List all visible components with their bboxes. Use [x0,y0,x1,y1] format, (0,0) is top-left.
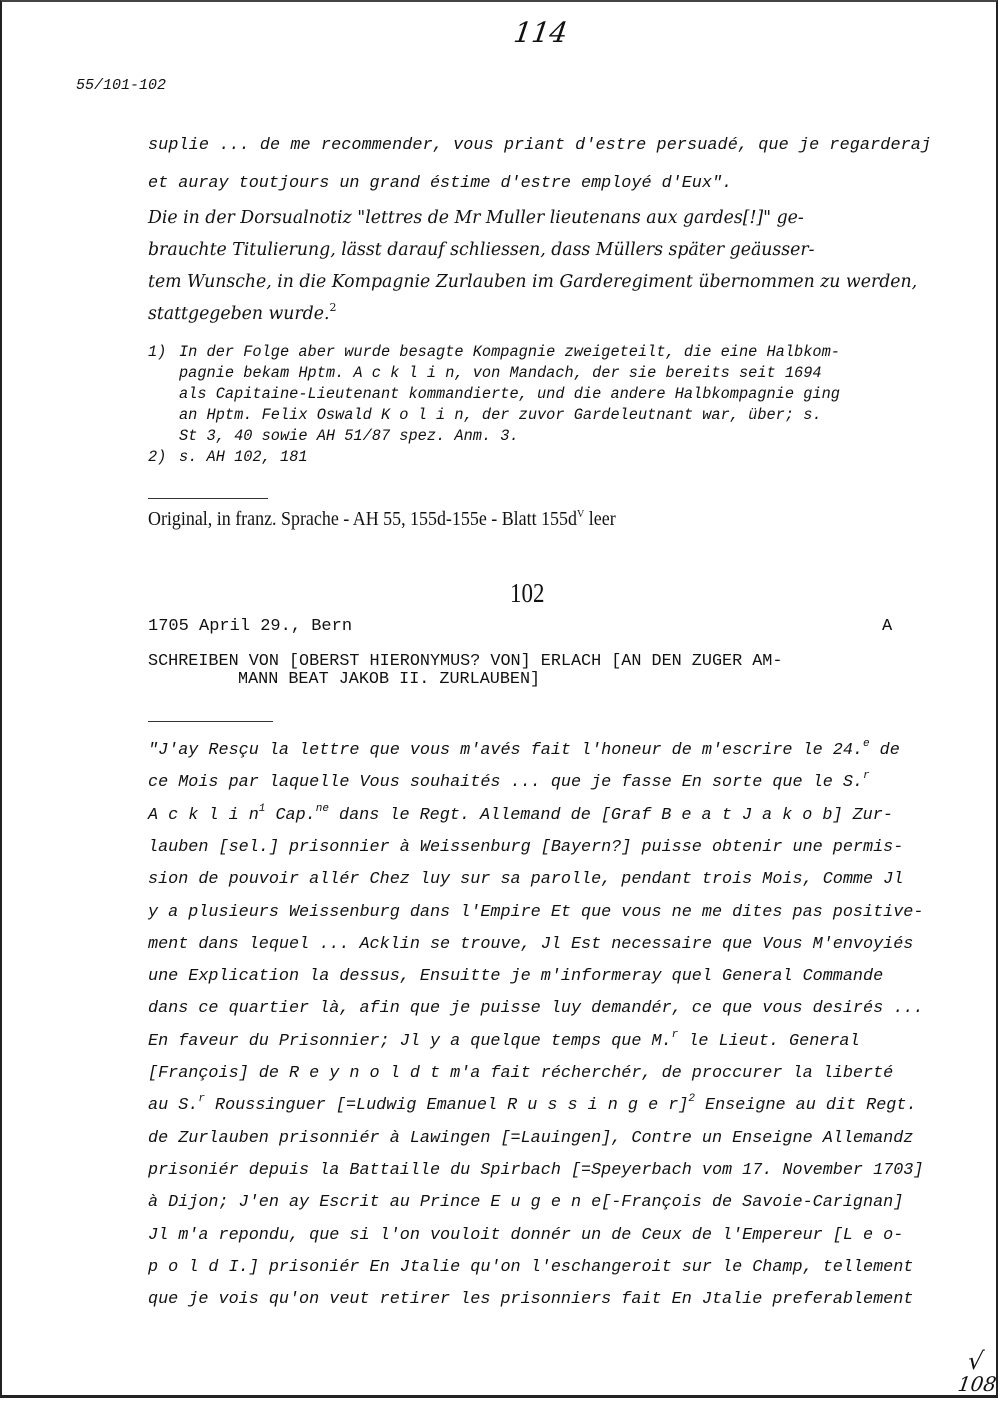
footnote-line: s. AH 102, 181 [179,448,308,466]
letter-line: "J'ay Resçu la lettre que vous m'avés fa… [148,741,900,760]
letter-text: de Zurlauben prisonniér à Lawingen [=Lau… [148,1129,913,1148]
letter-text: dans ce quartier là, afin que je puisse … [148,999,923,1018]
letter-line: une Explication la dessus, Ensuitte je m… [148,967,883,986]
letter-line: ment dans lequel ... Acklin se trouve, J… [148,935,913,954]
source-note-text: Original, in franz. Sprache - AH 55, 155… [148,509,577,530]
letter-text: que je vois qu'on veut retirer les priso… [148,1290,913,1309]
letter-text: "J'ay Resçu la lettre que vous m'avés fa… [148,741,863,760]
source-note-suffix: leer [584,509,615,530]
letter-line: [François] de R e y n o l d t m'a fait r… [148,1064,893,1083]
letter-text: y a plusieurs Weissenburg dans l'Empire … [148,903,923,922]
commentary-line: tem Wunsche, in die Kompagnie Zurlauben … [148,272,917,292]
letter-text: ment dans lequel ... Acklin se trouve, J… [148,935,913,954]
letter-superscript: e [863,738,870,750]
footnote-line: pagnie bekam Hptm. A c k l i n, von Mand… [179,364,822,382]
letter-text: En faveur du Prisonnier; Jl y a quelque … [148,1032,672,1051]
letter-superscript: 2 [688,1093,695,1105]
letter-line: lauben [sel.] prisonnier à Weissenburg [… [148,838,903,857]
letter-text: Cap. [265,806,315,825]
letter-text: sion de pouvoir allér Chez luy sur sa pa… [148,870,903,889]
letter-line: ce Mois par laquelle Vous souhaités ... … [148,773,870,792]
letter-line: de Zurlauben prisonniér à Lawingen [=Lau… [148,1129,913,1148]
letter-text: A c k l i n [148,806,259,825]
footnote-ref: 2 [329,301,336,314]
letter-text: dans le Regt. Allemand de [Graf B e a t … [329,806,893,825]
divider [148,721,273,722]
quote-line: suplie ... de me recommender, vous prian… [148,136,931,155]
handwritten-folio-top: 114 [512,16,570,49]
letter-text: Enseigne au dit Regt. [695,1096,917,1115]
letter-superscript: r [198,1093,205,1105]
footnote-line: als Capitaine-Lieutenant kommandierte, u… [179,385,840,403]
letter-superscript: r [863,770,870,782]
commentary-line: stattgegeben wurde.2 [148,304,336,324]
letter-text: Roussinguer [=Ludwig Emanuel R u s s i n… [205,1096,688,1115]
footnote-line: an Hptm. Felix Oswald K o l i n, der zuv… [179,406,822,424]
entry-date-place: 1705 April 29., Bern [148,617,352,636]
entry-number: 102 [510,578,544,609]
commentary-line: Die in der Dorsualnotiz "lettres de Mr M… [148,208,804,228]
letter-text: une Explication la dessus, Ensuitte je m… [148,967,883,986]
reference-code: 55/101-102 [76,77,166,94]
letter-line: Jl m'a repondu, que si l'on vouloit donn… [148,1226,903,1245]
letter-line: p o l d I.] prisoniér En Jtalie qu'on l'… [148,1258,913,1277]
document-page: 114 55/101-102 suplie ... de me recommen… [0,0,998,1398]
footnote-marker: 2) [148,448,166,466]
letter-line: dans ce quartier là, afin que je puisse … [148,999,923,1018]
letter-text: ce Mois par laquelle Vous souhaités ... … [148,773,863,792]
letter-line: au S.r Roussinguer [=Ludwig Emanuel R u … [148,1096,917,1115]
letter-text: à Dijon; J'en ay Escrit au Prince E u g … [148,1193,903,1212]
letter-text: [François] de R e y n o l d t m'a fait r… [148,1064,893,1083]
letter-line: à Dijon; J'en ay Escrit au Prince E u g … [148,1193,903,1212]
letter-text: p o l d I.] prisoniér En Jtalie qu'on l'… [148,1258,913,1277]
footnote-marker: 1) [148,343,166,361]
quote-line: et auray toutjours un grand éstime d'est… [148,174,732,193]
letter-line: A c k l i n1 Cap.ne dans le Regt. Allema… [148,806,893,825]
letter-text: au S. [148,1096,198,1115]
handwritten-check-mark: √ [966,1347,985,1375]
letter-text: le Lieut. General [678,1032,859,1051]
letter-text: Jl m'a repondu, que si l'on vouloit donn… [148,1226,903,1245]
letter-text: de [870,741,900,760]
commentary-text: stattgegeben wurde. [148,304,329,324]
source-note: Original, in franz. Sprache - AH 55, 155… [148,509,616,531]
letter-text: prisoniér depuis la Battaille du Spirbac… [148,1161,923,1180]
divider [148,498,268,499]
letter-text: lauben [sel.] prisonnier à Weissenburg [… [148,838,903,857]
entry-type-code: A [882,617,892,636]
handwritten-folio-bottom: 108 [956,1372,998,1396]
commentary-line: brauchte Titulierung, lässt darauf schli… [148,240,814,260]
letter-line: y a plusieurs Weissenburg dans l'Empire … [148,903,923,922]
letter-line: sion de pouvoir allér Chez luy sur sa pa… [148,870,903,889]
footnote-line: St 3, 40 sowie AH 51/87 spez. Anm. 3. [179,427,519,445]
letter-line: prisoniér depuis la Battaille du Spirbac… [148,1161,923,1180]
footnote-line: In der Folge aber wurde besagte Kompagni… [179,343,840,361]
letter-line: En faveur du Prisonnier; Jl y a quelque … [148,1032,860,1051]
entry-title-line: SCHREIBEN VON [OBERST HIERONYMUS? VON] E… [148,652,782,671]
entry-title-line: MANN BEAT JAKOB II. ZURLAUBEN] [238,670,540,689]
letter-superscript: ne [316,803,329,815]
letter-line: que je vois qu'on veut retirer les priso… [148,1290,913,1309]
